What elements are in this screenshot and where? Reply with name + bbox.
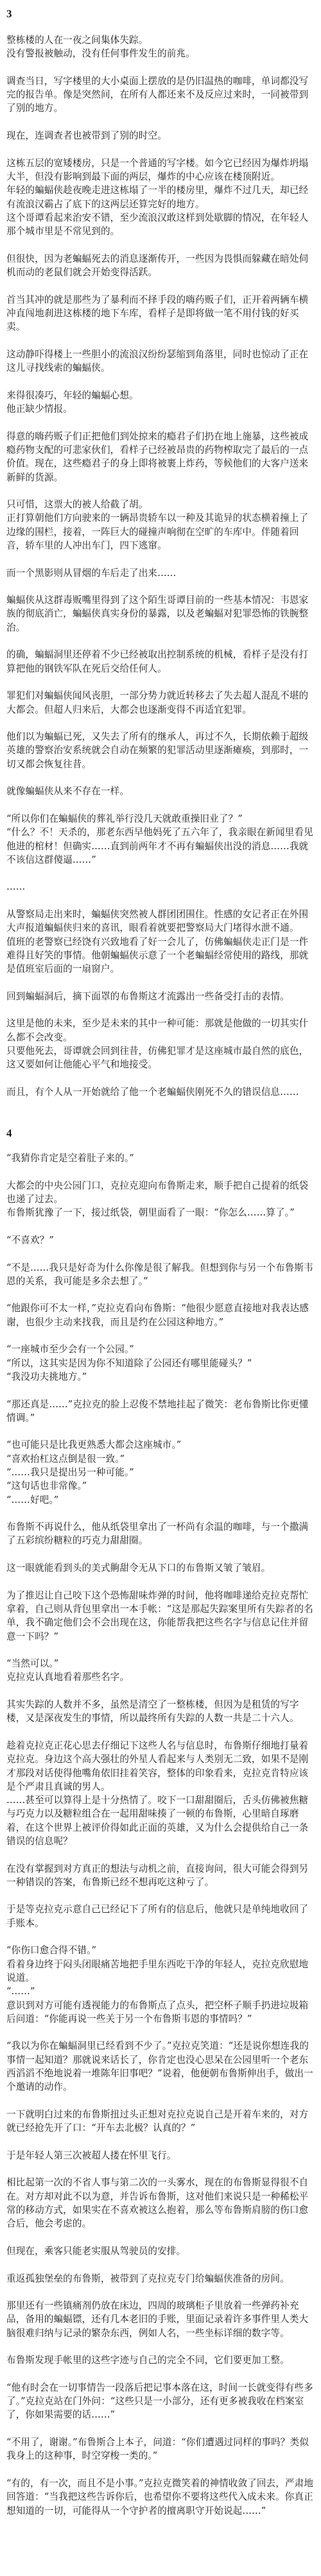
paragraph: 整栋楼的人在一夜之间集体失踪。没有警报被触动，没有任何事件发生的前兆。 xyxy=(6,33,315,61)
text-line: 布鲁斯不再说什么，他从纸袋里拿出了一杯尚有余温的咖啡，与一个撒满了五彩缤纷糖粒的… xyxy=(6,1520,315,1548)
paragraph: 大都会的中央公园门口，克拉克迎向布鲁斯走来，顺手把自己提着的纸袋也递了过去。布鲁… xyxy=(6,1179,315,1220)
paragraph: 在没有掌握到对方真正的想法与动机之前，直接询问，很大可能会得到另一种错误的答案，… xyxy=(6,1862,315,1890)
text-line: “他有时会在一切事情告一段落后把记事本落在这，时间一长就变得有些多了。”克拉克站… xyxy=(6,2381,315,2422)
paragraph: 从警察局走出来时，蝙蝠侠突然被人群团团围住。性感的女记者正在外围大声报道蝙蝠侠归… xyxy=(6,908,315,976)
text-line: “……我只是提出另一种可能。” xyxy=(6,1466,315,1479)
paragraph: 他们以为蝙蝠已死，又失去了所有的继承人，再过不久，长期依赖于超级英雄的警察治安系… xyxy=(6,730,315,771)
text-line: 这动静吓得楼上一些胆小的流浪汉纷纷瑟缩到角落里，同时也惊动了正在这儿寻找线索的蝙… xyxy=(6,348,315,375)
text-line: 布鲁斯发现手帐里的这些字迹与自己的完全不同，它们要更加工整。 xyxy=(6,2353,315,2367)
paragraph: “当然可以。”克拉克认真地看着那些名字。 xyxy=(6,1657,315,1684)
paragraph: 就像蝙蝠侠从来不存在一样。 xyxy=(6,784,315,798)
text-line: 回到蝙蝠洞后，摘下面罩的布鲁斯这才流露出一些备受打击的表情。 xyxy=(6,990,315,1003)
text-line: 正打算朝他们方向驶来的一辆昂贵轿车以一种及其诡异的状态横着撞上了边缘的围栏，接着… xyxy=(6,511,315,552)
text-line: 在没有掌握到对方真正的想法与动机之前，直接询问，很大可能会得到另一种错误的答案，… xyxy=(6,1862,315,1890)
text-line: “有的，有一次，而且不是小事。”克拉克微笑着的神情收敛了回去，严肃地回答道：“当… xyxy=(6,2477,315,2518)
text-line: 调查当日，写字楼里的大小桌面上摆放的是仍旧温热的咖啡，单词都没写完的报告单。像是… xyxy=(6,74,315,115)
text-line: 整栋楼的人在一夜之间集体失踪。 xyxy=(6,33,315,47)
paragraph: 为了推迟让自己咬下这个恐怖甜味炸弹的时间，他将咖啡递给克拉克帮忙拿着，自己则从背… xyxy=(6,1589,315,1643)
paragraph: 而且，有个人从一开始就给了他一个老蝙蝠侠刚死不久的错误信息…… xyxy=(6,1085,315,1099)
text-line: “当然可以。” xyxy=(6,1657,315,1670)
text-line: 罪犯们对蝙蝠侠闻风丧胆，一部分势力就近转移去了失去超人混乱不堪的大都会。但超人归… xyxy=(6,689,315,716)
paragraph: …… xyxy=(6,880,315,894)
paragraph: “你伤口愈合得不错。”看着身边终于闷头闭眼痛苦地把手里东西吃干净的年轻人，克拉克… xyxy=(6,1944,315,2026)
paragraph: 罪犯们对蝙蝠侠闻风丧胆，一部分势力就近转移去了失去超人混乱不堪的大都会。但超人归… xyxy=(6,689,315,716)
text-line: 就像蝙蝠侠从来不存在一样。 xyxy=(6,784,315,798)
text-line: …… xyxy=(6,880,315,894)
text-line: “那还真是……”克拉克的脸上忍俊不禁地挂起了微笑：老布鲁斯比你更懂情调。” xyxy=(6,1398,315,1425)
text-line: “什么？不！天杀的，那老东西早他妈死了五六年了，我亲眼在新闻里看见他进的棺材！但… xyxy=(6,826,315,867)
text-line: 这一眼就能看到头的美式齁甜令无从下口的布鲁斯又皱了皱眉。 xyxy=(6,1561,315,1575)
paragraph: 其实失踪的人数并不多，虽然是清空了一整栋楼，但因为是租赁的写字楼，又是深夜发生的… xyxy=(6,1698,315,1725)
text-line: 而且，有个人从一开始就给了他一个老蝙蝠侠刚死不久的错误信息…… xyxy=(6,1085,315,1099)
paragraph: 布鲁斯发现手帐里的这些字迹与自己的完全不同，它们要更加工整。 xyxy=(6,2353,315,2367)
text-line: 重返孤独堡垒的布鲁斯，被带到了克拉克专门给蝙蝠侠准备的房间。 xyxy=(6,2272,315,2285)
paragraph: “不用了，谢谢。”布鲁斯合上本子，问道：“你们遭遇过同样的事吗？类似我身上的这种… xyxy=(6,2436,315,2463)
text-line: 但现在，乘客只能老实服从驾驶员的安排。 xyxy=(6,2244,315,2258)
text-line: “……” xyxy=(6,1985,315,1998)
paragraph: “我以为你在蝙蝠洞里已经看到不少了。”克拉克笑道：“还是说你想连我的事情一起知道… xyxy=(6,2039,315,2094)
text-line: “你伤口愈合得不错。” xyxy=(6,1944,315,1957)
text-line: 意识到对方可能有透视能力的布鲁斯点了点头，把空杯子顺手扔进垃圾箱后问道：“你能再… xyxy=(6,1999,315,2026)
text-line: “不用了，谢谢。”布鲁斯合上本子，问道：“你们遭遇过同样的事吗？类似我身上的这种… xyxy=(6,2436,315,2463)
paragraph: “一座城市至少会有一个公园。”“所以，这其实是因为你不知道除了公园还有哪里能碰头… xyxy=(6,1343,315,1384)
text-line: “我以为你在蝙蝠洞里已经看到不少了。”克拉克笑道：“还是说你想连我的事情一起知道… xyxy=(6,2039,315,2094)
text-line: 只可惜，这票大的被人给截了胡。 xyxy=(6,498,315,511)
text-line: 看着身边终于闷头闭眼痛苦地把手里东西吃干净的年轻人，克拉克欣慰地说道。 xyxy=(6,1958,315,1985)
text-line: “一座城市至少会有一个公园。” xyxy=(6,1343,315,1356)
text-line: 布鲁斯犹豫了一下，接过纸袋，朝里面看了一眼：“你怎么……算了。” xyxy=(6,1206,315,1219)
paragraph: “他跟你可不太一样，”克拉克看向布鲁斯：“他很少愿意直接地对我表达感谢，也很少主… xyxy=(6,1301,315,1329)
text-line: 大都会的中央公园门口，克拉克迎向布鲁斯走来，顺手把自己提着的纸袋也递了过去。 xyxy=(6,1179,315,1207)
text-line: 一下就明白过来的布鲁斯扭过头正想对克拉克说自己是开着车来的，对方就已经抢先开了口… xyxy=(6,2108,315,2135)
text-line: 来得很凑巧，年轻的蝙蝠心想。 xyxy=(6,389,315,402)
text-line: “喜欢抬杠这点倒是很一致。” xyxy=(6,1452,315,1466)
chapter-number: 4 xyxy=(6,1127,315,1140)
paragraph: 得意的嗨药贩子们正把他们到处掠来的瘾君子们扔在地上施暴，这些被成瘾药物支配的可悲… xyxy=(6,430,315,484)
text-line: “他跟你可不太一样，”克拉克看向布鲁斯：“他很少愿意直接地对我表达感谢，也很少主… xyxy=(6,1301,315,1329)
text-line: 相比起第一次的不省人事与第二次的一头雾水，现在的布鲁斯显得很不自在。对方却对此不… xyxy=(6,2176,315,2230)
paragraph: 但很快，因为老蝙蝠死去的消息逐渐传开，一些因为畏惧而躲藏在暗处伺机而动的老鼠们就… xyxy=(6,252,315,280)
text-line: “不喜欢？” xyxy=(6,1233,315,1247)
text-line: 他们以为蝙蝠已死，又失去了所有的继承人，再过不久，长期依赖于超级英雄的警察治安系… xyxy=(6,730,315,771)
paragraph: 一下就明白过来的布鲁斯扭过头正想对克拉克说自己是开着车来的，对方就已经抢先开了口… xyxy=(6,2108,315,2135)
paragraph: 相比起第一次的不省人事与第二次的一头雾水，现在的布鲁斯显得很不自在。对方却对此不… xyxy=(6,2176,315,2230)
text-line: 蝙蝠侠从这群毒贩嘴里得到了这个陌生哥谭目前的一些基本情况：韦恩家族的彻底消亡，蝙… xyxy=(6,593,315,634)
paragraph: “不喜欢？” xyxy=(6,1233,315,1247)
text-line: 只要他死去，哥谭就会回到往昔，仿佛犯罪才是这座城市最自然的底色，这又要如何让他能… xyxy=(6,1044,315,1072)
text-line: 于是年轻人第三次被超人搂在怀里飞行。 xyxy=(6,2149,315,2162)
text-line: 这里是他的未来，至少是未来的其中一种可能：那就是他做的一切其实什么都不会改变。 xyxy=(6,1017,315,1044)
paragraph: 趁着克拉克正花心思去仔细记下这些人名与信息时，布鲁斯仔细地打量着克拉克。身边这个… xyxy=(6,1739,315,1848)
paragraph: 那里还有一些镇痛剂仍放在床边，四周的玻璃柜子里放着一些弹药补充品，备用的蝙蝠镖，… xyxy=(6,2299,315,2340)
paragraph: 重返孤独堡垒的布鲁斯，被带到了克拉克专门给蝙蝠侠准备的房间。 xyxy=(6,2272,315,2285)
paragraph: 于是年轻人第三次被超人搂在怀里飞行。 xyxy=(6,2149,315,2162)
paragraph: 只可惜，这票大的被人给截了胡。正打算朝他们方向驶来的一辆昂贵轿车以一种及其诡异的… xyxy=(6,498,315,552)
text-line: 年轻的蝙蝠侠趁夜晚走进这栋塌了一半的楼房里，爆炸不过几天，却已经有流浪汉霸占了底… xyxy=(6,183,315,211)
paragraph: “所以你们在蝙蝠侠的葬礼举行没几天就敢重操旧业了？”“什么？不！天杀的，那老东西… xyxy=(6,812,315,867)
text-line: 首当其冲的就是那些为了暴利而不择手段的嗨药贩子们，正开着两辆车横冲直闯地刹进这栋… xyxy=(6,293,315,334)
paragraph: “有的，有一次，而且不是小事。”克拉克微笑着的神情收敛了回去，严肃地回答道：“当… xyxy=(6,2477,315,2518)
paragraph: 首当其冲的就是那些为了暴利而不择手段的嗨药贩子们，正开着两辆车横冲直闯地刹进这栋… xyxy=(6,293,315,334)
paragraph: 的确，蝙蝠洞里还停着不少已经被取出控制系统的机械，看样子是没有打算把他的钢铁军队… xyxy=(6,648,315,675)
text-line: ……甚至可以算得上是十分热情了。咬下一口甜甜圈后，舌头仿佛被焦糖与巧克力以及糖粒… xyxy=(6,1793,315,1848)
text-line: 为了推迟让自己咬下这个恐怖甜味炸弹的时间，他将咖啡递给克拉克帮忙拿着，自己则从背… xyxy=(6,1589,315,1643)
paragraph: 而一个黑影则从冒烟的车后走了出来…… xyxy=(6,566,315,580)
chapter-number: 3 xyxy=(6,8,315,21)
paragraph: 来得很凑巧，年轻的蝙蝠心想。他正缺少情报。 xyxy=(6,389,315,416)
text-line: “……好吧。” xyxy=(6,1493,315,1507)
paragraph: “那还真是……”克拉克的脸上忍俊不禁地挂起了微笑：老布鲁斯比你更懂情调。” xyxy=(6,1398,315,1425)
text-line: 但很快，因为老蝙蝠死去的消息逐渐传开，一些因为畏惧而躲藏在暗处伺机而动的老鼠们就… xyxy=(6,252,315,280)
text-line: 现在，连调查者也被带到了别的时空。 xyxy=(6,129,315,142)
text-line: 这栋五层的宽矮楼房，只是一个普通的写字楼。如今它已经因为爆炸坍塌大半，但没有影响… xyxy=(6,157,315,184)
text-line: “所以，这其实是因为你不知道除了公园还有哪里能碰头？” xyxy=(6,1357,315,1370)
text-line: 没有警报被触动，没有任何事件发生的前兆。 xyxy=(6,47,315,60)
paragraph: 现在，连调查者也被带到了别的时空。 xyxy=(6,129,315,142)
text-line: 于是等克拉克示意自己已经记下了所有的信息后，他就只是单纯地收回了手账本。 xyxy=(6,1902,315,1930)
text-line: “不是……我只是好奇为什么你像是很了解我。但想到你与另一个布鲁斯韦恩的关系，我可… xyxy=(6,1261,315,1289)
text-line: “我猜你肯定是空着肚子来的。” xyxy=(6,1151,315,1165)
text-line: 得意的嗨药贩子们正把他们到处掠来的瘾君子们扔在地上施暴，这些被成瘾药物支配的可悲… xyxy=(6,430,315,484)
text-line: 他正缺少情报。 xyxy=(6,402,315,416)
text-line: 而一个黑影则从冒烟的车后走了出来…… xyxy=(6,566,315,580)
paragraph: 蝙蝠侠从这群毒贩嘴里得到了这个陌生哥谭目前的一些基本情况：韦恩家族的彻底消亡，蝙… xyxy=(6,593,315,634)
paragraph: “他有时会在一切事情告一段落后把记事本落在这，时间一长就变得有些多了。”克拉克站… xyxy=(6,2381,315,2422)
text-line: 那里还有一些镇痛剂仍放在床边，四周的玻璃柜子里放着一些弹药补充品，备用的蝙蝠镖，… xyxy=(6,2299,315,2340)
text-line: “我没功夫挑地方。” xyxy=(6,1370,315,1384)
paragraph: 这栋五层的宽矮楼房，只是一个普通的写字楼。如今它已经因为爆炸坍塌大半，但没有影响… xyxy=(6,157,315,239)
text-line: 趁着克拉克正花心思去仔细记下这些人名与信息时，布鲁斯仔细地打量着克拉克。身边这个… xyxy=(6,1739,315,1793)
paragraph: 布鲁斯不再说什么，他从纸袋里拿出了一杯尚有余温的咖啡，与一个撒满了五彩缤纷糖粒的… xyxy=(6,1520,315,1548)
document-page: 3整栋楼的人在一夜之间集体失踪。没有警报被触动，没有任何事件发生的前兆。调查当日… xyxy=(0,0,321,2518)
text-line: 值班的老警察已经饶有兴致地看了好一会儿了，仿佛蝙蝠侠走正门是一件难得且好笑的事情… xyxy=(6,935,315,976)
text-line: “这句话也非常像。” xyxy=(6,1479,315,1493)
text-line: “所以你们在蝙蝠侠的葬礼举行没几天就敢重操旧业了？” xyxy=(6,812,315,826)
paragraph: 调查当日，写字楼里的大小桌面上摆放的是仍旧温热的咖啡，单词都没写完的报告单。像是… xyxy=(6,74,315,115)
paragraph: “我猜你肯定是空着肚子来的。” xyxy=(6,1151,315,1165)
text-line: “也可能只是比我更熟悉大都会这座城市。” xyxy=(6,1438,315,1452)
paragraph: 回到蝙蝠洞后，摘下面罩的布鲁斯这才流露出一些备受打击的表情。 xyxy=(6,990,315,1003)
paragraph: “不是……我只是好奇为什么你像是很了解我。但想到你与另一个布鲁斯韦恩的关系，我可… xyxy=(6,1261,315,1289)
text-line: 克拉克认真地看着那些名字。 xyxy=(6,1670,315,1684)
paragraph: 这一眼就能看到头的美式齁甜令无从下口的布鲁斯又皱了皱眉。 xyxy=(6,1561,315,1575)
paragraph: 但现在，乘客只能老实服从驾驶员的安排。 xyxy=(6,2244,315,2258)
paragraph: 于是等克拉克示意自己已经记下了所有的信息后，他就只是单纯地收回了手账本。 xyxy=(6,1902,315,1930)
text-line: 的确，蝙蝠洞里还停着不少已经被取出控制系统的机械，看样子是没有打算把他的钢铁军队… xyxy=(6,648,315,675)
text-line: 这个哥谭看起来治安不错，至少流浪汉敢这样到处歇脚的情况，在年轻人那个城市里是不常… xyxy=(6,211,315,239)
paragraph: 这动静吓得楼上一些胆小的流浪汉纷纷瑟缩到角落里，同时也惊动了正在这儿寻找线索的蝙… xyxy=(6,348,315,375)
paragraph: 这里是他的未来，至少是未来的其中一种可能：那就是他做的一切其实什么都不会改变。只… xyxy=(6,1017,315,1071)
text-line: 其实失踪的人数并不多，虽然是清空了一整栋楼，但因为是租赁的写字楼，又是深夜发生的… xyxy=(6,1698,315,1725)
text-line: 从警察局走出来时，蝙蝠侠突然被人群团团围住。性感的女记者正在外围大声报道蝙蝠侠归… xyxy=(6,908,315,935)
paragraph: “也可能只是比我更熟悉大都会这座城市。”“喜欢抬杠这点倒是很一致。”“……我只是… xyxy=(6,1438,315,1506)
